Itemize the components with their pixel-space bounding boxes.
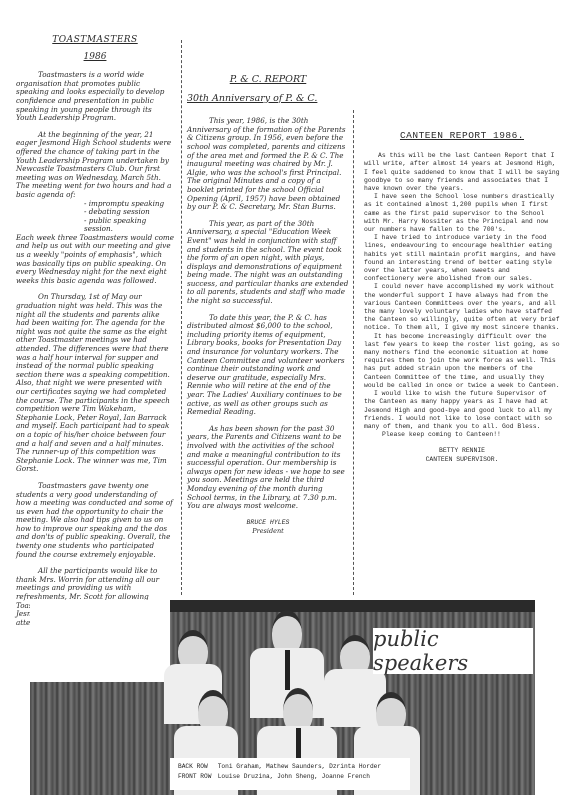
column-divider-left <box>181 40 182 595</box>
pc-report-paragraph: To date this year, the P. & C. has distr… <box>187 314 349 417</box>
group-photo: public speakers BACK ROW Toni Graham, Ma… <box>30 600 535 795</box>
signature-role: President <box>187 527 349 535</box>
signature-name: BETTY RENNIE <box>364 447 560 455</box>
signature-name: BRUCE HYLES <box>187 519 349 527</box>
canteen-signature: BETTY RENNIE CANTEEN SUPERVISOR. <box>364 447 560 463</box>
agenda-list: - impromptu speaking - debating session … <box>16 200 174 234</box>
caption-back-row: BACK ROW Toni Graham, Mathew Saunders, D… <box>178 762 402 772</box>
caption-front-names: Louise Druzina, John Sheng, Joanne Frenc… <box>218 773 370 780</box>
canteen-paragraph: I have seen the School lose numbers dras… <box>364 193 560 234</box>
pc-report-title: P. & C. REPORT <box>187 76 349 85</box>
agenda-item: - public speaking session. <box>84 217 174 234</box>
toastmasters-year: 1986 <box>16 53 174 62</box>
canteen-paragraph: Please keep coming to Canteen!! <box>364 431 560 439</box>
photo-title: public speakers <box>373 627 533 675</box>
canteen-paragraph: I have tried to introduce variety in the… <box>364 234 560 283</box>
signature-role: CANTEEN SUPERVISOR. <box>364 456 560 464</box>
toastmasters-title: TOASTMASTERS <box>16 36 174 45</box>
caption-front-label: FRONT ROW <box>178 772 214 782</box>
pc-report-signature: BRUCE HYLES President <box>187 519 349 535</box>
pc-report-paragraph: This year, 1986, is the 30th Anniversary… <box>187 117 349 212</box>
pc-report-subtitle: 30th Anniversary of P. & C. <box>187 95 349 104</box>
toastmasters-article: TOASTMASTERS 1986 Toastmasters is a worl… <box>16 36 174 653</box>
column-divider-right <box>353 110 354 595</box>
canteen-paragraph: It has become increasingly difficult ove… <box>364 333 560 390</box>
canteen-paragraph: As this will be the last Canteen Report … <box>364 152 560 193</box>
pc-report-paragraph: As has been shown for the past 30 years,… <box>187 425 349 511</box>
toastmasters-paragraph: On Thursday, 1st of May our graduation n… <box>16 293 174 473</box>
toastmasters-paragraph: Each week three Toastmasters would come … <box>16 234 174 286</box>
caption-back-names: Toni Graham, Mathew Saunders, Dzrinta Ho… <box>218 763 381 770</box>
photo-top-border <box>170 600 535 612</box>
photo-caption: BACK ROW Toni Graham, Mathew Saunders, D… <box>170 758 410 790</box>
canteen-report-title: CANTEEN REPORT 1986. <box>364 132 560 140</box>
toastmasters-paragraph: At the beginning of the year, 21 eager J… <box>16 131 174 200</box>
photo-title-card: public speakers <box>373 628 533 674</box>
photo-cutout <box>30 600 170 682</box>
pc-report-paragraph: This year, as part of the 30th Anniversa… <box>187 220 349 306</box>
toastmasters-paragraph: Toastmasters gave twenty one students a … <box>16 482 174 559</box>
canteen-report-article: CANTEEN REPORT 1986. As this will be the… <box>364 132 560 464</box>
pc-report-article: P. & C. REPORT 30th Anniversary of P. & … <box>187 76 349 535</box>
canteen-paragraph: I could never have accomplished my work … <box>364 283 560 332</box>
toastmasters-paragraph: Toastmasters is a world wide organisatio… <box>16 71 174 123</box>
canteen-paragraph: I would like to wish the future Supervis… <box>364 390 560 431</box>
caption-front-row: FRONT ROW Louise Druzina, John Sheng, Jo… <box>178 772 402 782</box>
caption-back-label: BACK ROW <box>178 762 214 772</box>
